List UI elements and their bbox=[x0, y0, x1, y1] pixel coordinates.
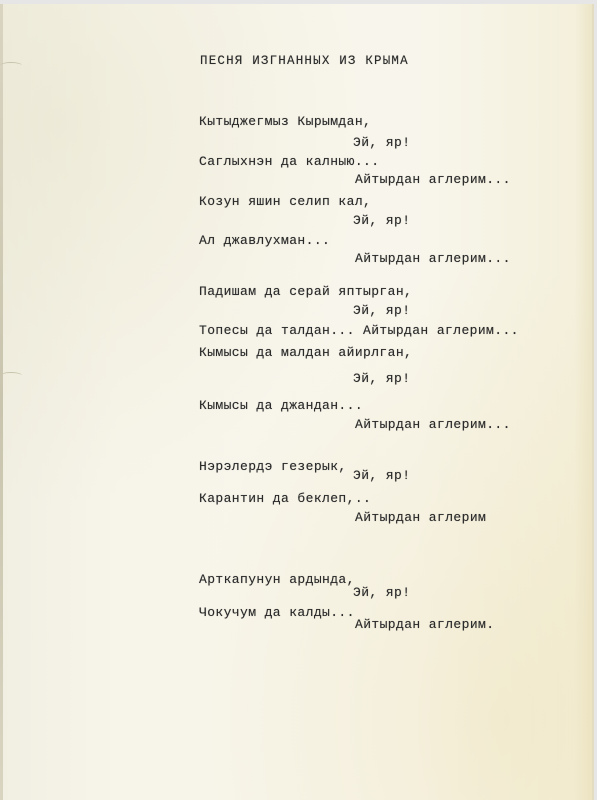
lyric-line: Падишам да серай яптырган, bbox=[199, 284, 412, 299]
refrain-line: Эй, яр! bbox=[353, 135, 410, 150]
refrain-line: Айтырдан аглерим bbox=[355, 510, 486, 525]
refrain-line: Эй, яр! bbox=[353, 468, 410, 483]
refrain-line: Эй, яр! bbox=[353, 213, 410, 228]
refrain-line: Эй, яр! bbox=[353, 585, 410, 600]
refrain-line: Эй, яр! bbox=[353, 371, 410, 386]
lyric-line: Козун яшин селип кал, bbox=[199, 194, 371, 209]
refrain-line: Айтырдан аглерим... bbox=[355, 251, 511, 266]
document-title: ПЕСНЯ ИЗГНАННЫХ ИЗ КРЫМА bbox=[200, 54, 409, 68]
lyric-line: Карантин да беклеп,.. bbox=[199, 491, 371, 506]
lyric-line: Топесы да талдан... Айтырдан аглерим... bbox=[199, 323, 519, 338]
lyric-line: Кытыджегмыз Кырымдан, bbox=[199, 114, 371, 129]
lyric-line: Арткапунун ардында, bbox=[199, 572, 355, 587]
lyric-line: Кымысы да малдан айирлган, bbox=[199, 345, 412, 360]
lyric-line: Саглыхнэн да калныю... bbox=[199, 154, 379, 169]
lyric-line: Ал джавлухман... bbox=[199, 233, 330, 248]
refrain-line: Айтырдан аглерим. bbox=[355, 617, 494, 632]
page-left-edge bbox=[0, 4, 3, 800]
lyric-line: Кымысы да джандан... bbox=[199, 398, 363, 413]
paper-fold-mark bbox=[0, 372, 22, 379]
refrain-line: Айтырдан аглерим... bbox=[355, 417, 511, 432]
paper-fold-mark bbox=[0, 62, 22, 69]
refrain-line: Айтырдан аглерим... bbox=[355, 172, 511, 187]
lyric-line: Чокучум да калды... bbox=[199, 605, 355, 620]
refrain-line: Эй, яр! bbox=[353, 303, 410, 318]
lyric-line: Нэрэлердэ гезерык, bbox=[199, 459, 347, 474]
